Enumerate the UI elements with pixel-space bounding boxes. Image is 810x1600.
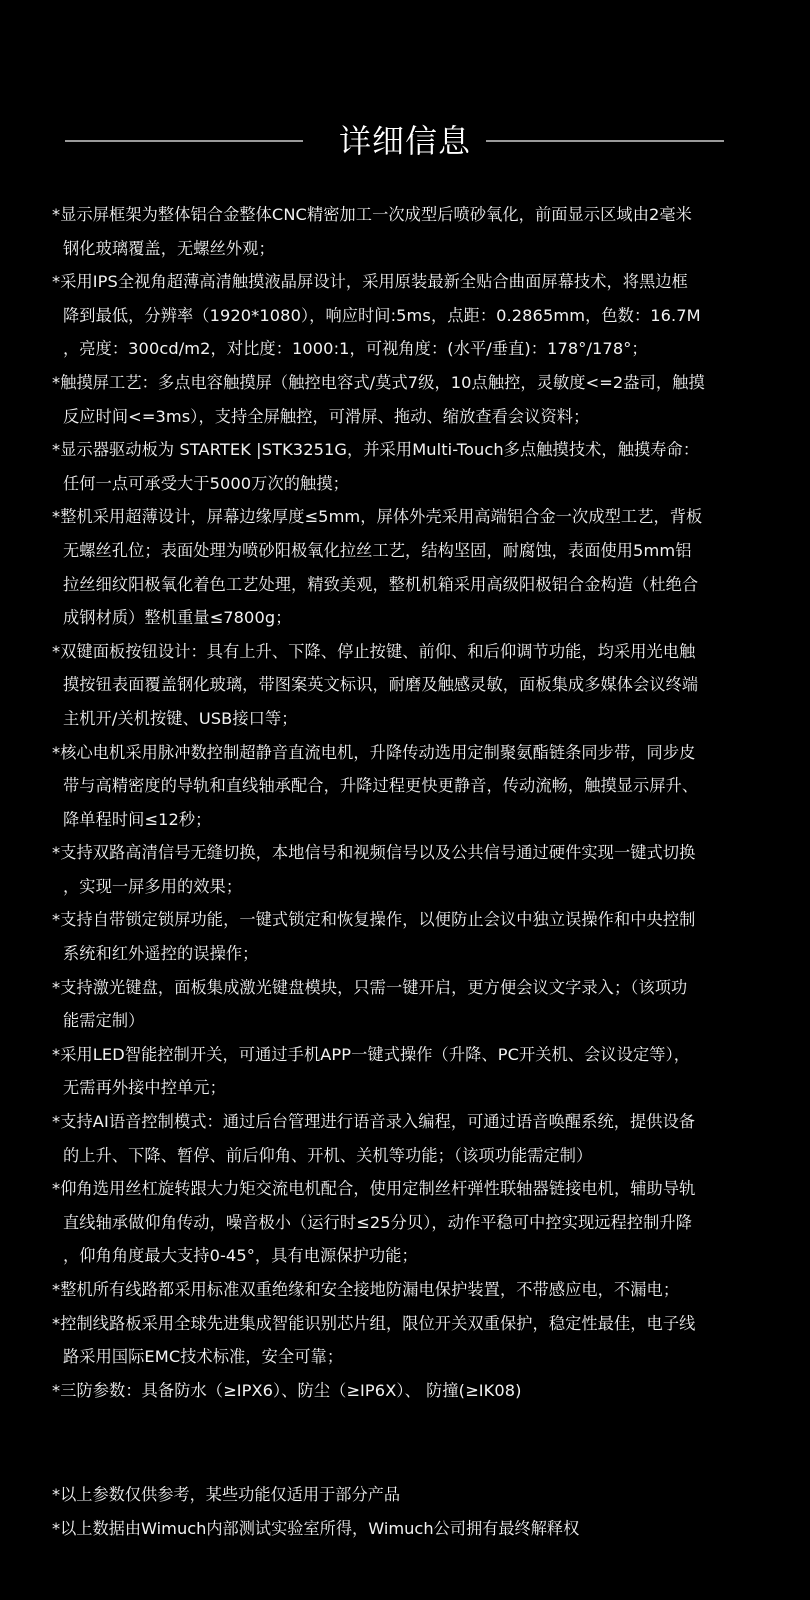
spec-line-continuation: 降单程时间≤12秒； xyxy=(52,803,772,837)
section-header: 详细信息 xyxy=(0,112,810,170)
spec-line-continuation: ，实现一屏多用的效果； xyxy=(52,870,772,904)
spec-line-first: *显示屏框架为整体铝合金整体CNC精密加工一次成型后喷砂氧化，前面显示区域由2毫… xyxy=(52,198,772,232)
spec-item: *支持双路高清信号无缝切换，本地信号和视频信号以及公共信号通过硬件实现一键式切换… xyxy=(52,836,772,903)
spec-item: *核心电机采用脉冲数控制超静音直流电机，升降传动选用定制聚氨酯链条同步带，同步皮… xyxy=(52,736,772,837)
spec-item: *显示屏框架为整体铝合金整体CNC精密加工一次成型后喷砂氧化，前面显示区域由2毫… xyxy=(52,198,772,265)
spec-line-first: *核心电机采用脉冲数控制超静音直流电机，升降传动选用定制聚氨酯链条同步带，同步皮 xyxy=(52,736,772,770)
spec-item: *采用LED智能控制开关，可通过手机APP一键式操作（升降、PC开关机、会议设定… xyxy=(52,1038,772,1105)
spec-line-first: *双键面板按钮设计：具有上升、下降、停止按键、前仰、和后仰调节功能，均采用光电触 xyxy=(52,635,772,669)
spec-line-first: *显示器驱动板为 STARTEK |STK3251G，并采用Multi-Touc… xyxy=(52,433,772,467)
spec-item: *控制线路板采用全球先进集成智能识别芯片组，限位开关双重保护，稳定性最佳，电子线… xyxy=(52,1307,772,1374)
spec-item: *显示器驱动板为 STARTEK |STK3251G，并采用Multi-Touc… xyxy=(52,433,772,500)
spec-line-continuation: ，亮度：300cd/m2，对比度：1000:1，可视角度：(水平/垂直)：178… xyxy=(52,332,772,366)
spec-line-continuation: 能需定制） xyxy=(52,1004,772,1038)
spec-item: *整机采用超薄设计，屏幕边缘厚度≤5mm，屏体外壳采用高端铝合金一次成型工艺，背… xyxy=(52,500,772,634)
spec-line-first: *支持AI语音控制模式：通过后台管理进行语音录入编程，可通过语音唤醒系统，提供设… xyxy=(52,1105,772,1139)
spec-line-first: *仰角选用丝杠旋转跟大力矩交流电机配合，使用定制丝杆弹性联轴器链接电机，辅助导轨 xyxy=(52,1172,772,1206)
spec-item: *采用IPS全视角超薄高清触摸液晶屏设计，采用原装最新全贴合曲面屏幕技术，将黑边… xyxy=(52,265,772,366)
disclaimer-note: *以上数据由Wimuch内部测试实验室所得，Wimuch公司拥有最终解释权 xyxy=(52,1512,772,1546)
spec-item: *支持AI语音控制模式：通过后台管理进行语音录入编程，可通过语音唤醒系统，提供设… xyxy=(52,1105,772,1172)
spec-item: *仰角选用丝杠旋转跟大力矩交流电机配合，使用定制丝杆弹性联轴器链接电机，辅助导轨… xyxy=(52,1172,772,1273)
spec-item: *双键面板按钮设计：具有上升、下降、停止按键、前仰、和后仰调节功能，均采用光电触… xyxy=(52,635,772,736)
spec-line-first: *三防参数：具备防水（≥IPX6）、防尘（≥IP6X）、 防撞(≥IK08) xyxy=(52,1374,772,1408)
spec-line-first: *支持激光键盘，面板集成激光键盘模块，只需一键开启，更方便会议文字录入；（该项功 xyxy=(52,971,772,1005)
spec-line-first: *整机所有线路都采用标准双重绝缘和安全接地防漏电保护装置，不带感应电，不漏电； xyxy=(52,1273,772,1307)
spec-line-continuation: 的上升、下降、暂停、前后仰角、开机、关机等功能；（该项功能需定制） xyxy=(52,1139,772,1173)
spec-line-continuation: 反应时间<=3ms），支持全屏触控，可滑屏、拖动、缩放查看会议资料； xyxy=(52,400,772,434)
spec-line-first: *支持双路高清信号无缝切换，本地信号和视频信号以及公共信号通过硬件实现一键式切换 xyxy=(52,836,772,870)
spec-line-continuation: 拉丝细纹阳极氧化着色工艺处理，精致美观，整机机箱采用高级阳极铝合金构造（杜绝合 xyxy=(52,568,772,602)
spec-item: *三防参数：具备防水（≥IPX6）、防尘（≥IP6X）、 防撞(≥IK08) xyxy=(52,1374,772,1408)
spec-line-continuation: 成钢材质）整机重量≤7800g； xyxy=(52,601,772,635)
spec-line-continuation: 降到最低，分辨率（1920*1080），响应时间:5ms，点距：0.2865mm… xyxy=(52,299,772,333)
spec-item: *整机所有线路都采用标准双重绝缘和安全接地防漏电保护装置，不带感应电，不漏电； xyxy=(52,1273,772,1307)
spec-line-continuation: ，仰角角度最大支持0-45°，具有电源保护功能； xyxy=(52,1239,772,1273)
spec-line-continuation: 直线轴承做仰角传动，噪音极小（运行时≤25分贝），动作平稳可中控实现远程控制升降 xyxy=(52,1206,772,1240)
spec-line-first: *采用LED智能控制开关，可通过手机APP一键式操作（升降、PC开关机、会议设定… xyxy=(52,1038,772,1072)
spec-line-continuation: 任何一点可承受大于5000万次的触摸； xyxy=(52,467,772,501)
spec-line-first: *采用IPS全视角超薄高清触摸液晶屏设计，采用原装最新全贴合曲面屏幕技术，将黑边… xyxy=(52,265,772,299)
spec-list: *显示屏框架为整体铝合金整体CNC精密加工一次成型后喷砂氧化，前面显示区域由2毫… xyxy=(52,198,772,1407)
spec-line-continuation: 主机开/关机按键、USB接口等； xyxy=(52,702,772,736)
spec-line-continuation: 带与高精密度的导轨和直线轴承配合，升降过程更快更静音，传动流畅，触摸显示屏升、 xyxy=(52,769,772,803)
spec-item: *支持激光键盘，面板集成激光键盘模块，只需一键开启，更方便会议文字录入；（该项功… xyxy=(52,971,772,1038)
spec-line-first: *控制线路板采用全球先进集成智能识别芯片组，限位开关双重保护，稳定性最佳，电子线 xyxy=(52,1307,772,1341)
spec-line-continuation: 无螺丝孔位；表面处理为喷砂阳极氧化拉丝工艺，结构坚固，耐腐蚀，表面使用5mm铝 xyxy=(52,534,772,568)
spec-item: *支持自带锁定锁屏功能，一键式锁定和恢复操作，以便防止会议中独立误操作和中央控制… xyxy=(52,903,772,970)
header-rule-right xyxy=(486,140,724,142)
spec-line-continuation: 钢化玻璃覆盖，无螺丝外观； xyxy=(52,232,772,266)
disclaimer-note: *以上参数仅供参考，某些功能仅适用于部分产品 xyxy=(52,1478,772,1512)
spec-line-continuation: 系统和红外遥控的误操作； xyxy=(52,937,772,971)
spec-line-first: *整机采用超薄设计，屏幕边缘厚度≤5mm，屏体外壳采用高端铝合金一次成型工艺，背… xyxy=(52,500,772,534)
spec-line-continuation: 摸按钮表面覆盖钢化玻璃，带图案英文标识，耐磨及触感灵敏，面板集成多媒体会议终端 xyxy=(52,668,772,702)
disclaimer-notes: *以上参数仅供参考，某些功能仅适用于部分产品 *以上数据由Wimuch内部测试实… xyxy=(52,1478,772,1545)
spec-item: *触摸屏工艺：多点电容触摸屏（触控电容式/莫式7级，10点触控，灵敏度<=2盎司… xyxy=(52,366,772,433)
spec-line-continuation: 无需再外接中控单元； xyxy=(52,1071,772,1105)
spec-line-first: *触摸屏工艺：多点电容触摸屏（触控电容式/莫式7级，10点触控，灵敏度<=2盎司… xyxy=(52,366,772,400)
spec-line-continuation: 路采用国际EMC技术标准，安全可靠； xyxy=(52,1340,772,1374)
spec-line-first: *支持自带锁定锁屏功能，一键式锁定和恢复操作，以便防止会议中独立误操作和中央控制 xyxy=(52,903,772,937)
